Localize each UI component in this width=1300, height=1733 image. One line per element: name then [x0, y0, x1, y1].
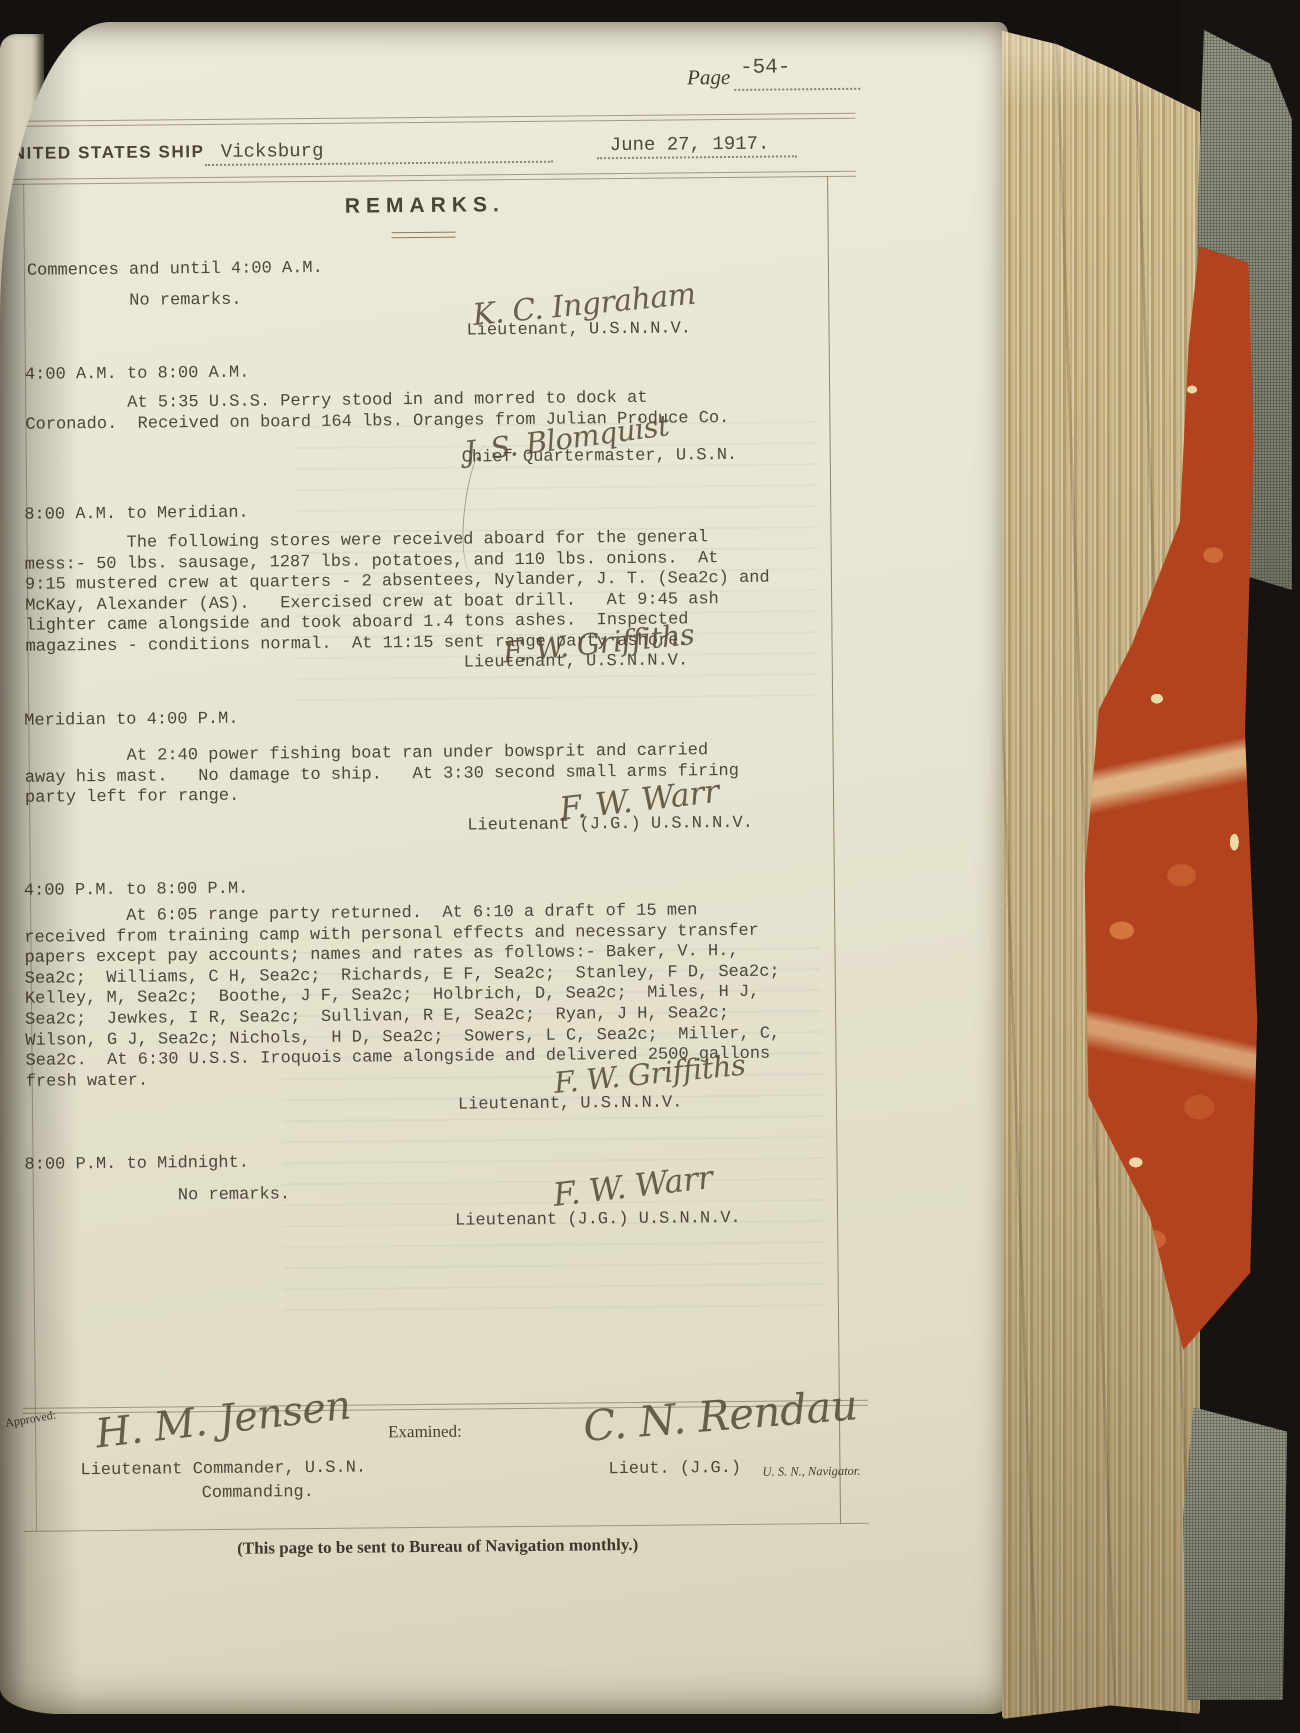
log-page: Page -54- UNITED STATES SHIP Vicksburg J… — [0, 22, 1008, 1714]
entry-text: No remarks. — [25, 1185, 290, 1208]
photo-scene: Page -54- UNITED STATES SHIP Vicksburg J… — [0, 0, 1300, 1733]
approved-title-1: Lieutenant Commander, U.S.N. — [80, 1459, 366, 1482]
entry-signer-title: Lieutenant, U.S.N.N.V. — [464, 651, 689, 674]
page-number: -54- — [740, 56, 791, 79]
remarks-underline — [392, 232, 456, 239]
rule — [11, 113, 856, 122]
entry-period: 4:00 P.M. to 8:00 P.M. — [24, 880, 249, 903]
entry-period: 8:00 P.M. to Midnight. — [24, 1154, 249, 1177]
entry-signer-title: Lieutenant, U.S.N.N.V. — [458, 1093, 683, 1116]
examined-title-suffix: U. S. N., Navigator. — [762, 1464, 860, 1480]
entry-signer-title: Chief Quartermaster, U.S.N. — [462, 446, 738, 469]
page-label: Page — [687, 65, 730, 90]
entry-period: 4:00 A.M. to 8:00 A.M. — [25, 364, 250, 387]
entry-text: No remarks. — [27, 291, 241, 314]
entry-period: 8:00 A.M. to Meridian. — [24, 504, 249, 527]
entry-period: Commences and until 4:00 A.M. — [27, 259, 323, 282]
examined-label: Examined: — [388, 1422, 462, 1443]
page-number-line — [734, 88, 860, 91]
approved-title-2: Commanding. — [202, 1483, 314, 1505]
examined-title: Lieut. (J.G.) — [608, 1459, 741, 1481]
page-content: Page -54- UNITED STATES SHIP Vicksburg J… — [0, 22, 1008, 1714]
ship-name: Vicksburg — [221, 140, 324, 163]
entry-signer-title: Lieutenant (J.G.) U.S.N.N.V. — [455, 1209, 741, 1232]
routing-note: (This page to be sent to Bureau of Navig… — [36, 1533, 839, 1561]
ship-label: UNITED STATES SHIP — [0, 142, 205, 164]
entry-signer-title: Lieutenant, U.S.N.N.V. — [466, 319, 691, 342]
entry-period: Meridian to 4:00 P.M. — [24, 710, 238, 733]
log-date: June 27, 1917. — [610, 133, 770, 157]
entry-signer-title: Lieutenant (J.G.) U.S.N.N.V. — [467, 814, 753, 837]
book-cover-cloth-bottom — [1183, 1395, 1287, 1700]
